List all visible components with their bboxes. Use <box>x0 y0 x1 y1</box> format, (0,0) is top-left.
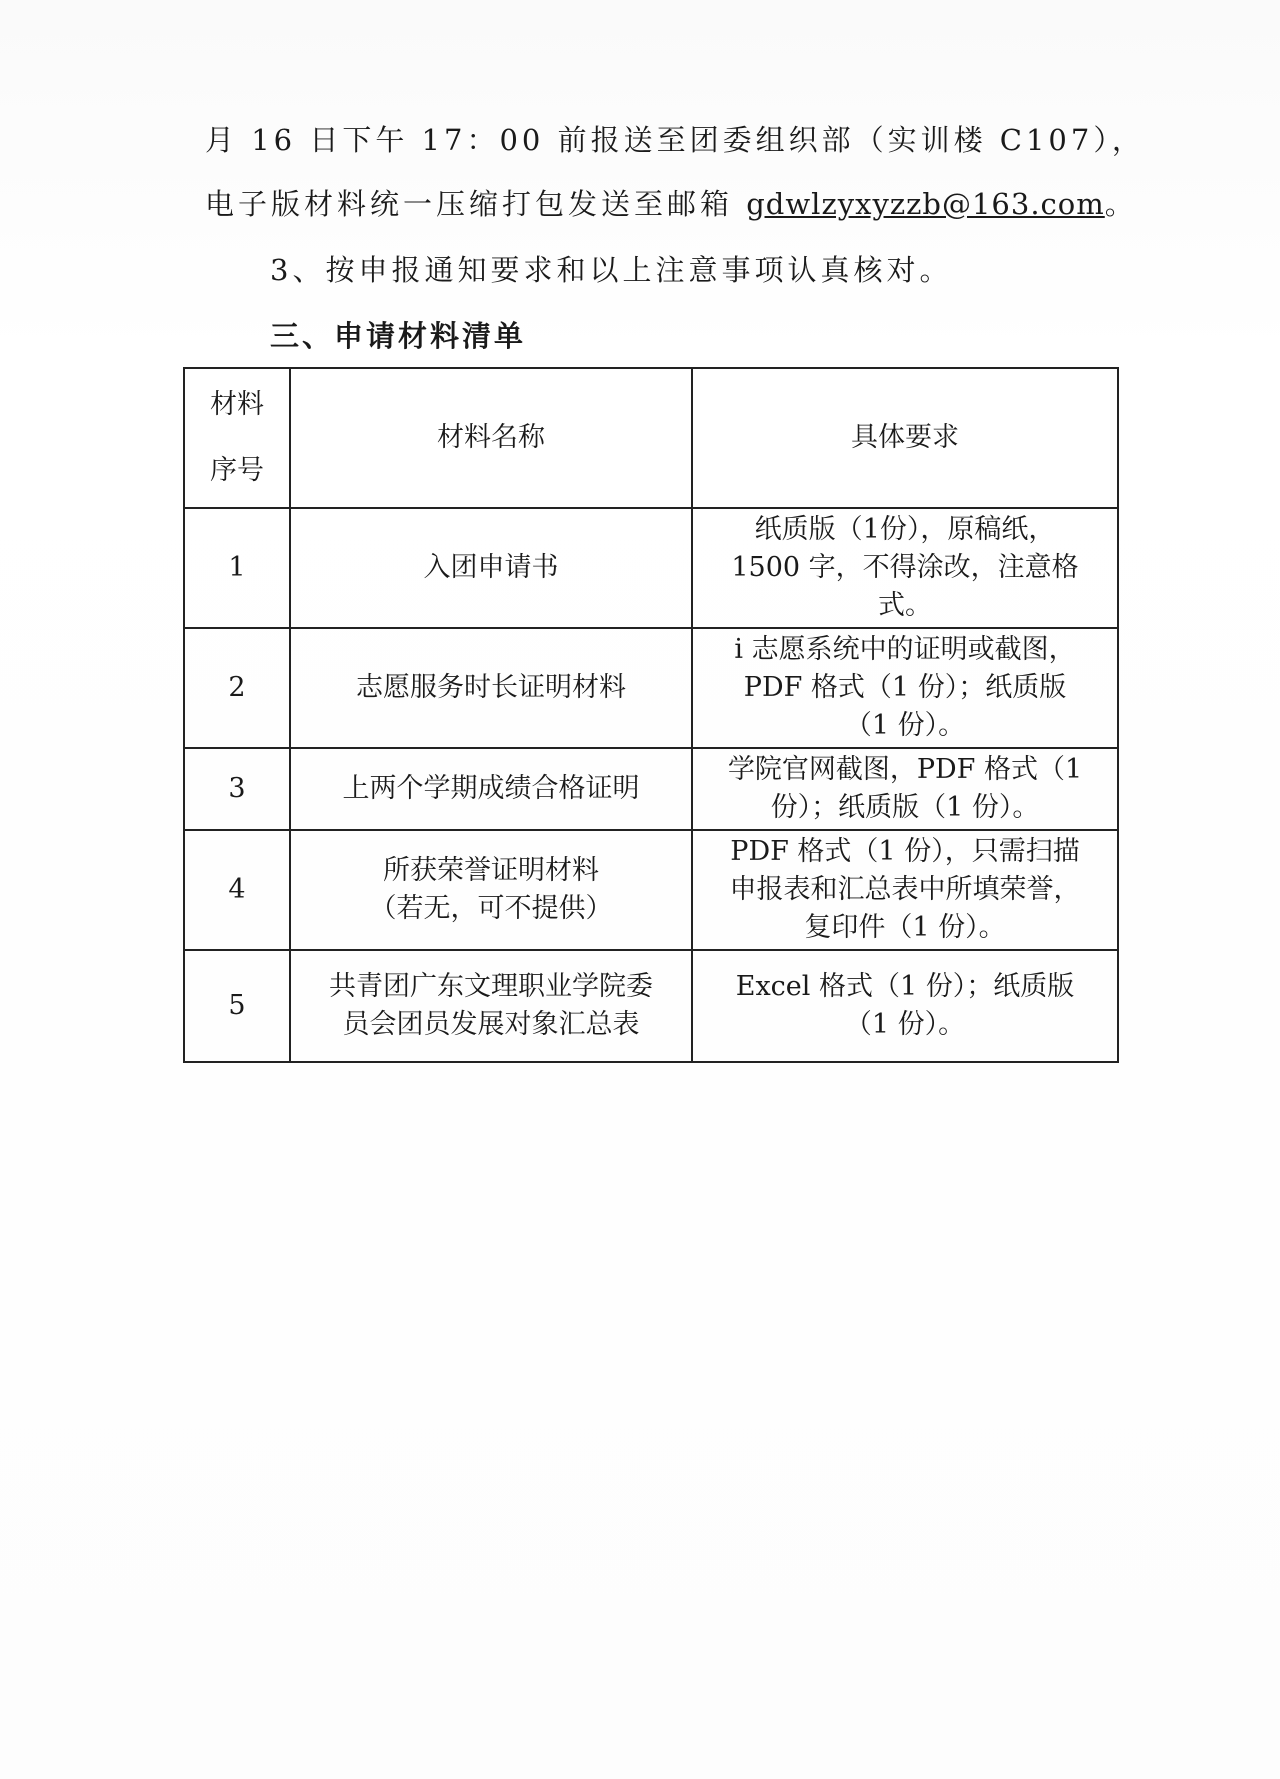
req-line: 纸质版（1份），原稿纸， <box>701 511 1109 549</box>
paragraph-deadline: 月 16 日下午 17：00 前报送至团委组织部（实训楼 C107）， <box>205 118 1145 159</box>
name-line: 共青团广东文理职业学院委 <box>299 968 683 1006</box>
req-line: （1 份）。 <box>701 1006 1109 1044</box>
req-line: 1500 字，不得涂改，注意格 <box>701 549 1109 587</box>
header-no-line1: 材料 <box>193 372 281 438</box>
row-no: 5 <box>184 950 290 1062</box>
req-line: （1 份）。 <box>701 707 1109 745</box>
row-no: 1 <box>184 508 290 628</box>
row-requirement: 纸质版（1份），原稿纸， 1500 字，不得涂改，注意格 式。 <box>692 508 1118 628</box>
table-row: 3 上两个学期成绩合格证明 学院官网截图，PDF 格式（1 份）；纸质版（1 份… <box>184 748 1118 830</box>
row-no: 2 <box>184 628 290 748</box>
req-line: Excel 格式（1 份）；纸质版 <box>701 968 1109 1006</box>
header-name: 材料名称 <box>290 368 692 508</box>
name-line: （若无，可不提供） <box>299 890 683 928</box>
req-line: 学院官网截图，PDF 格式（1 <box>701 751 1109 789</box>
paragraph-check: 3、按申报通知要求和以上注意事项认真核对。 <box>270 248 952 289</box>
row-name: 入团申请书 <box>290 508 692 628</box>
req-line: 式。 <box>701 587 1109 625</box>
email-prefix: 电子版材料统一压缩打包发送至邮箱 <box>205 187 746 221</box>
req-line: 份）；纸质版（1 份）。 <box>701 789 1109 827</box>
email-link[interactable]: gdwlzyxyzzb@163.com <box>746 187 1105 221</box>
name-line: 志愿服务时长证明材料 <box>299 669 683 707</box>
paragraph-email: 电子版材料统一压缩打包发送至邮箱 gdwlzyxyzzb@163.com。 <box>205 182 1138 223</box>
row-no: 4 <box>184 830 290 950</box>
header-no: 材料 序号 <box>184 368 290 508</box>
section-heading: 三、申请材料清单 <box>270 314 526 355</box>
name-line: 所获荣誉证明材料 <box>299 852 683 890</box>
req-line: PDF 格式（1 份），只需扫描 <box>701 833 1109 871</box>
table-row: 2 志愿服务时长证明材料 i 志愿系统中的证明或截图， PDF 格式（1 份）；… <box>184 628 1118 748</box>
name-line: 上两个学期成绩合格证明 <box>299 770 683 808</box>
row-name: 所获荣誉证明材料 （若无，可不提供） <box>290 830 692 950</box>
row-requirement: Excel 格式（1 份）；纸质版 （1 份）。 <box>692 950 1118 1062</box>
table-row: 5 共青团广东文理职业学院委 员会团员发展对象汇总表 Excel 格式（1 份）… <box>184 950 1118 1062</box>
req-line: 复印件（1 份）。 <box>701 909 1109 947</box>
row-requirement: PDF 格式（1 份），只需扫描 申报表和汇总表中所填荣誉， 复印件（1 份）。 <box>692 830 1118 950</box>
row-requirement: 学院官网截图，PDF 格式（1 份）；纸质版（1 份）。 <box>692 748 1118 830</box>
name-line: 入团申请书 <box>299 549 683 587</box>
materials-table: 材料 序号 材料名称 具体要求 1 入团申请书 纸质版（1份），原稿纸， 150… <box>183 367 1119 1063</box>
row-name: 共青团广东文理职业学院委 员会团员发展对象汇总表 <box>290 950 692 1062</box>
table-header-row: 材料 序号 材料名称 具体要求 <box>184 368 1118 508</box>
table-row: 1 入团申请书 纸质版（1份），原稿纸， 1500 字，不得涂改，注意格 式。 <box>184 508 1118 628</box>
row-name: 上两个学期成绩合格证明 <box>290 748 692 830</box>
email-suffix: 。 <box>1105 187 1138 221</box>
header-requirement: 具体要求 <box>692 368 1118 508</box>
table-row: 4 所获荣誉证明材料 （若无，可不提供） PDF 格式（1 份），只需扫描 申报… <box>184 830 1118 950</box>
req-line: 申报表和汇总表中所填荣誉， <box>701 871 1109 909</box>
req-line: PDF 格式（1 份）；纸质版 <box>701 669 1109 707</box>
row-name: 志愿服务时长证明材料 <box>290 628 692 748</box>
name-line: 员会团员发展对象汇总表 <box>299 1006 683 1044</box>
row-no: 3 <box>184 748 290 830</box>
header-no-line2: 序号 <box>193 438 281 504</box>
row-requirement: i 志愿系统中的证明或截图， PDF 格式（1 份）；纸质版 （1 份）。 <box>692 628 1118 748</box>
req-line: i 志愿系统中的证明或截图， <box>701 631 1109 669</box>
